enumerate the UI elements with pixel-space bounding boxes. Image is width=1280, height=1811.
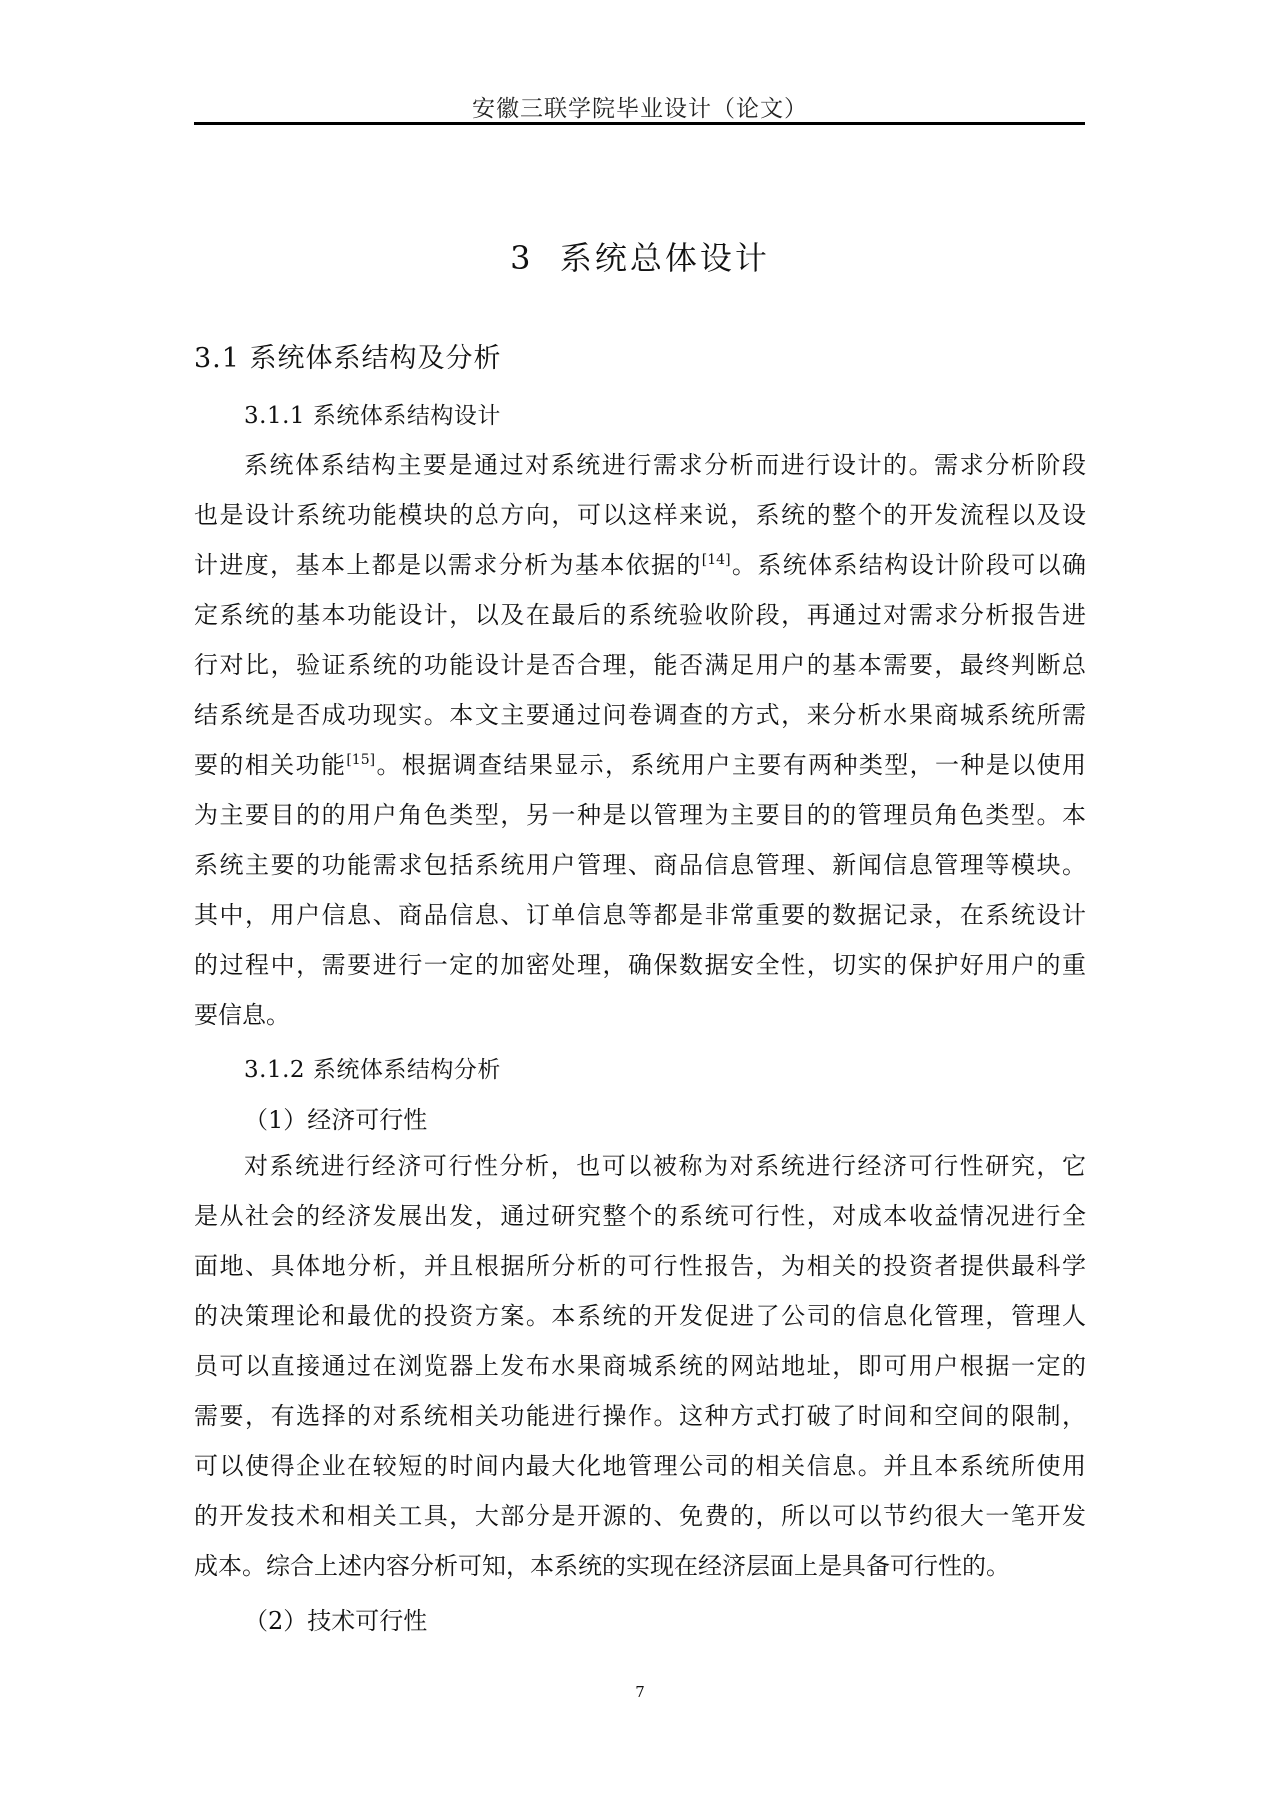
chapter-title: 3 系统总体设计 (0, 233, 1280, 279)
paragraph-line: 要信息。 (194, 999, 1086, 1031)
paragraph-line: 结系统是否成功现实。本文主要通过问卷调查的方式，来分析水果商城系统所需 (194, 699, 1086, 731)
line-text: 。根据调查结果显示，系统用户主要有两种类型，一种是以使用 (375, 751, 1086, 779)
item-heading-technical-feasibility: （2）技术可行性 (244, 1601, 427, 1636)
paragraph-line: 员可以直接通过在浏览器上发布水果商城系统的网站地址，即可用户根据一定的 (194, 1350, 1086, 1382)
paragraph-line: 可以使得企业在较短的时间内最大化地管理公司的相关信息。并且本系统所使用 (194, 1450, 1086, 1482)
item-heading-economic-feasibility: （1）经济可行性 (244, 1100, 427, 1135)
paragraph-line: 的决策理论和最优的投资方案。本系统的开发促进了公司的信息化管理，管理人 (194, 1300, 1086, 1332)
paragraph-line: 面地、具体地分析，并且根据所分析的可行性报告，为相关的投资者提供最科学 (194, 1250, 1086, 1282)
paragraph-line: 计进度，基本上都是以需求分析为基本依据的[14]。系统体系结构设计阶段可以确 (194, 549, 1086, 581)
paragraph-line: 需要，有选择的对系统相关功能进行操作。这种方式打破了时间和空间的限制， (194, 1400, 1086, 1432)
paragraph-line: 也是设计系统功能模块的总方向，可以这样来说，系统的整个的开发流程以及设 (194, 499, 1086, 531)
paragraph-line: 行对比，验证系统的功能设计是否合理，能否满足用户的基本需要，最终判断总 (194, 649, 1086, 681)
paragraph-line: 的过程中，需要进行一定的加密处理，确保数据安全性，切实的保护好用户的重 (194, 949, 1086, 981)
subsection-heading-3-1-2: 3.1.2 系统体系结构分析 (244, 1051, 501, 1084)
line-text: 计进度，基本上都是以需求分析为基本依据的 (194, 551, 702, 579)
citation-ref: [14] (702, 552, 731, 568)
line-text: 要的相关功能 (194, 751, 346, 779)
paragraph-line: 其中，用户信息、商品信息、订单信息等都是非常重要的数据记录，在系统设计 (194, 899, 1086, 931)
paragraph-line: 要的相关功能[15]。根据调查结果显示，系统用户主要有两种类型，一种是以使用 (194, 749, 1086, 781)
header-divider (194, 122, 1085, 125)
paragraph-line: 为主要目的的用户角色类型，另一种是以管理为主要目的的管理员角色类型。本 (194, 799, 1086, 831)
subsection-heading-3-1-1: 3.1.1 系统体系结构设计 (244, 397, 501, 430)
line-text: 。系统体系结构设计阶段可以确 (731, 551, 1086, 579)
paragraph-line: 系统主要的功能需求包括系统用户管理、商品信息管理、新闻信息管理等模块。 (194, 849, 1086, 881)
document-page: 安徽三联学院毕业设计（论文） 3 系统总体设计 3.1 系统体系结构及分析 3.… (0, 0, 1280, 1811)
paragraph-line: 系统体系结构主要是通过对系统进行需求分析而进行设计的。需求分析阶段 (244, 449, 1086, 481)
paragraph-line: 是从社会的经济发展出发，通过研究整个的系统可行性，对成本收益情况进行全 (194, 1200, 1086, 1232)
paragraph-line: 对系统进行经济可行性分析，也可以被称为对系统进行经济可行性研究，它 (244, 1150, 1086, 1182)
section-heading-3-1: 3.1 系统体系结构及分析 (194, 336, 502, 375)
paragraph-line: 定系统的基本功能设计，以及在最后的系统验收阶段，再通过对需求分析报告进 (194, 599, 1086, 631)
citation-ref: [15] (346, 752, 375, 768)
page-number: 7 (0, 1683, 1280, 1701)
paragraph-line: 的开发技术和相关工具，大部分是开源的、免费的，所以可以节约很大一笔开发 (194, 1500, 1086, 1532)
paragraph-line: 成本。综合上述内容分析可知，本系统的实现在经济层面上是具备可行性的。 (194, 1550, 1086, 1582)
running-header: 安徽三联学院毕业设计（论文） (0, 90, 1280, 123)
